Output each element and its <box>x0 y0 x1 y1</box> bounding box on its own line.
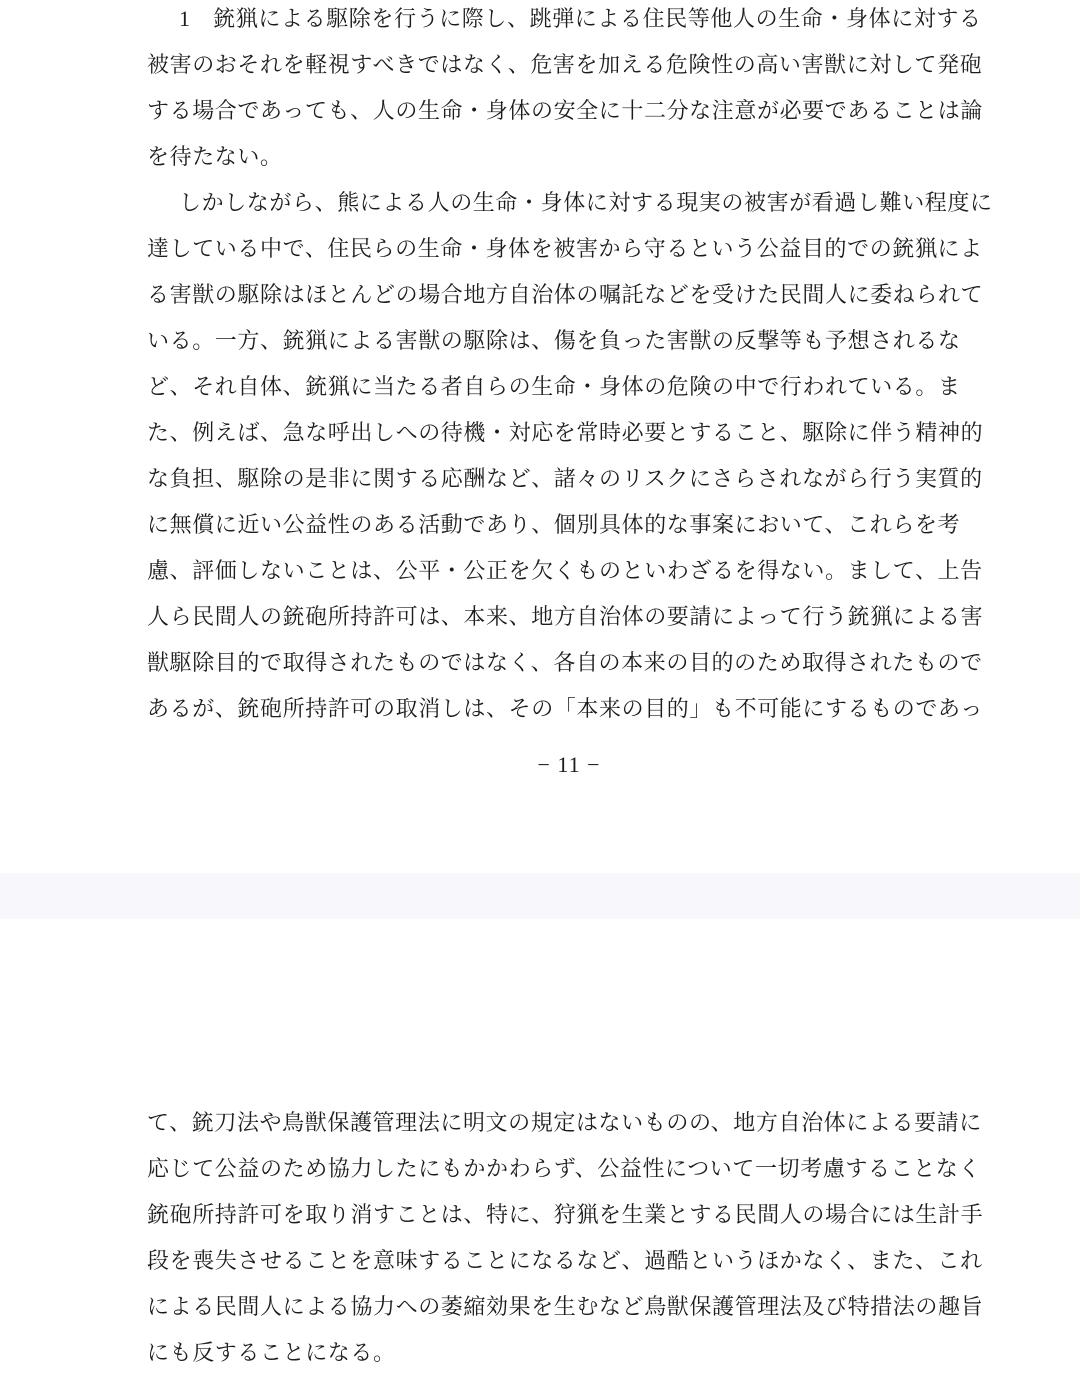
paragraph-2: しかしながら、熊による人の生命・身体に対する現実の被害が看過し難い程度に達してい… <box>147 180 991 732</box>
page-11-text-block: 1 銃猟による駆除を行うに際し、跳弾による住民等他人の生命・身体に対する被害のお… <box>147 0 991 732</box>
text-line: 銃砲所持許可を取り消すことは、特に、狩猟を生業とする民間人の場合には生計手 <box>147 1192 991 1238</box>
text-line: ど、それ自体、銃猟に当たる者自らの生命・身体の危険の中で行われている。ま <box>147 364 991 410</box>
text-line: あるが、銃砲所持許可の取消しは、その「本来の目的」も不可能にするものであっ <box>147 686 991 732</box>
text-line: 段を喪失させることを意味することになるなど、過酷というほかなく、また、これ <box>147 1238 991 1284</box>
paragraph-1: 1 銃猟による駆除を行うに際し、跳弾による住民等他人の生命・身体に対する被害のお… <box>147 0 991 180</box>
text-line: 慮、評価しないことは、公平・公正を欠くものといわざるを得ない。まして、上告 <box>147 548 991 594</box>
text-line: た、例えば、急な呼出しへの待機・対応を常時必要とすること、駆除に伴う精神的 <box>147 410 991 456</box>
page-number: − 11 − <box>147 742 991 788</box>
text-line: 人ら民間人の銃砲所持許可は、本来、地方自治体の要請によって行う銃猟による害 <box>147 594 991 640</box>
document-page-12: て、銃刀法や鳥獣保護管理法に明文の規定はないものの、地方自治体による要請に応じて… <box>0 919 1080 1379</box>
text-line: 1 銃猟による駆除を行うに際し、跳弾による住民等他人の生命・身体に対する <box>147 0 991 42</box>
text-line: 達している中で、住民らの生命・身体を被害から守るという公益目的での銃猟によ <box>147 226 991 272</box>
page-gap-separator <box>0 873 1080 919</box>
text-line: する場合であっても、人の生命・身体の安全に十二分な注意が必要であることは論 <box>147 88 991 134</box>
document-page-11: 1 銃猟による駆除を行うに際し、跳弾による住民等他人の生命・身体に対する被害のお… <box>0 0 1080 873</box>
text-line: しかしながら、熊による人の生命・身体に対する現実の被害が看過し難い程度に <box>147 180 991 226</box>
text-line: による民間人による協力への萎縮効果を生むなど鳥獣保護管理法及び特措法の趣旨 <box>147 1284 991 1330</box>
paragraph-3-continuation: て、銃刀法や鳥獣保護管理法に明文の規定はないものの、地方自治体による要請に応じて… <box>147 1100 991 1376</box>
text-line: に無償に近い公益性のある活動であり、個別具体的な事案において、これらを考 <box>147 502 991 548</box>
text-line: を待たない。 <box>147 134 991 180</box>
text-line: 被害のおそれを軽視すべきではなく、危害を加える危険性の高い害獣に対して発砲 <box>147 42 991 88</box>
text-line: にも反することになる。 <box>147 1330 991 1376</box>
text-line: な負担、駆除の是非に関する応酬など、諸々のリスクにさらされながら行う実質的 <box>147 456 991 502</box>
text-line: 獣駆除目的で取得されたものではなく、各自の本来の目的のため取得されたもので <box>147 640 991 686</box>
text-line: いる。一方、銃猟による害獣の駆除は、傷を負った害獣の反撃等も予想されるな <box>147 318 991 364</box>
text-line: 応じて公益のため協力したにもかかわらず、公益性について一切考慮することなく <box>147 1146 991 1192</box>
text-line: て、銃刀法や鳥獣保護管理法に明文の規定はないものの、地方自治体による要請に <box>147 1100 991 1146</box>
page-12-text-block: て、銃刀法や鳥獣保護管理法に明文の規定はないものの、地方自治体による要請に応じて… <box>147 1100 991 1376</box>
text-line: る害獣の駆除はほとんどの場合地方自治体の嘱託などを受けた民間人に委ねられて <box>147 272 991 318</box>
